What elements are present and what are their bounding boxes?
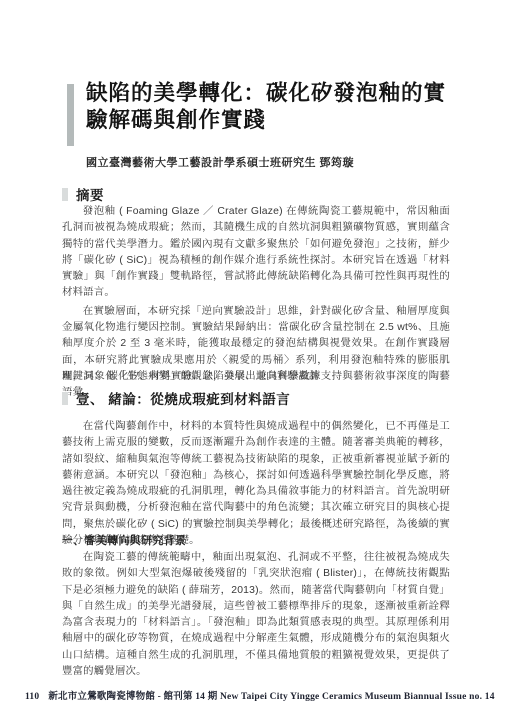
paper-page: 缺陷的美學轉化：碳化矽發泡釉的實驗解碼與創作實踐 國立臺灣藝術大學工藝設計學系碩… [0,0,512,724]
heading-square-icon [62,392,68,405]
subsection-body: 在陶瓷工藝的傳統範疇中，釉面出現氣泡、孔洞或不平整，往往被視為燒成失敗的象徵。例… [62,550,450,680]
subsection-paragraph: 在陶瓷工藝的傳統範疇中，釉面出現氣泡、孔洞或不平整，往往被視為燒成失敗的象徵。例… [62,550,450,680]
subsection-heading: 一、審美轉向與研究背景 [62,533,186,548]
title-accent-bar [67,84,74,146]
intro-paragraph: 在當代陶藝創作中，材料的本質特性與燒成過程中的偶然變化，已不再僅是工藝技術上需克… [62,419,450,549]
page-title: 缺陷的美學轉化：碳化矽發泡釉的實驗解碼與創作實踐 [86,80,458,134]
journal-title: 新北市立鶯歌陶瓷博物館 - 館刊第 14 期 New Taipei City Y… [48,692,494,702]
author-affiliation: 國立臺灣藝術大學工藝設計學系碩士班研究生 鄧筠璇 [86,154,354,170]
heading-square-icon [62,188,68,201]
abstract-paragraph-2: 在實驗層面，本研究採「逆向實驗設計」思維，針對碳化矽含量、釉層厚度與金屬氧化物進… [62,304,450,402]
page-number: 110 [25,692,39,702]
abstract-heading-label: 摘要 [76,184,104,204]
abstract-heading: 摘要 [62,184,104,204]
keywords-line: 關鍵詞： 碳化矽、材料實驗、缺陷美學、逆向實驗設計 [62,367,319,382]
abstract-paragraph-1: 發泡釉 ( Foaming Glaze ／ Crater Glaze) 在傳統陶… [62,204,450,302]
section-heading: 壹、 緒論：從燒成瑕疵到材料語言 [62,388,290,408]
section-heading-label: 壹、 緒論：從燒成瑕疵到材料語言 [76,388,290,408]
page-footer: 110新北市立鶯歌陶瓷博物館 - 館刊第 14 期 New Taipei Cit… [25,688,495,702]
intro-body: 在當代陶藝創作中，材料的本質特性與燒成過程中的偶然變化，已不再僅是工藝技術上需克… [62,419,450,549]
